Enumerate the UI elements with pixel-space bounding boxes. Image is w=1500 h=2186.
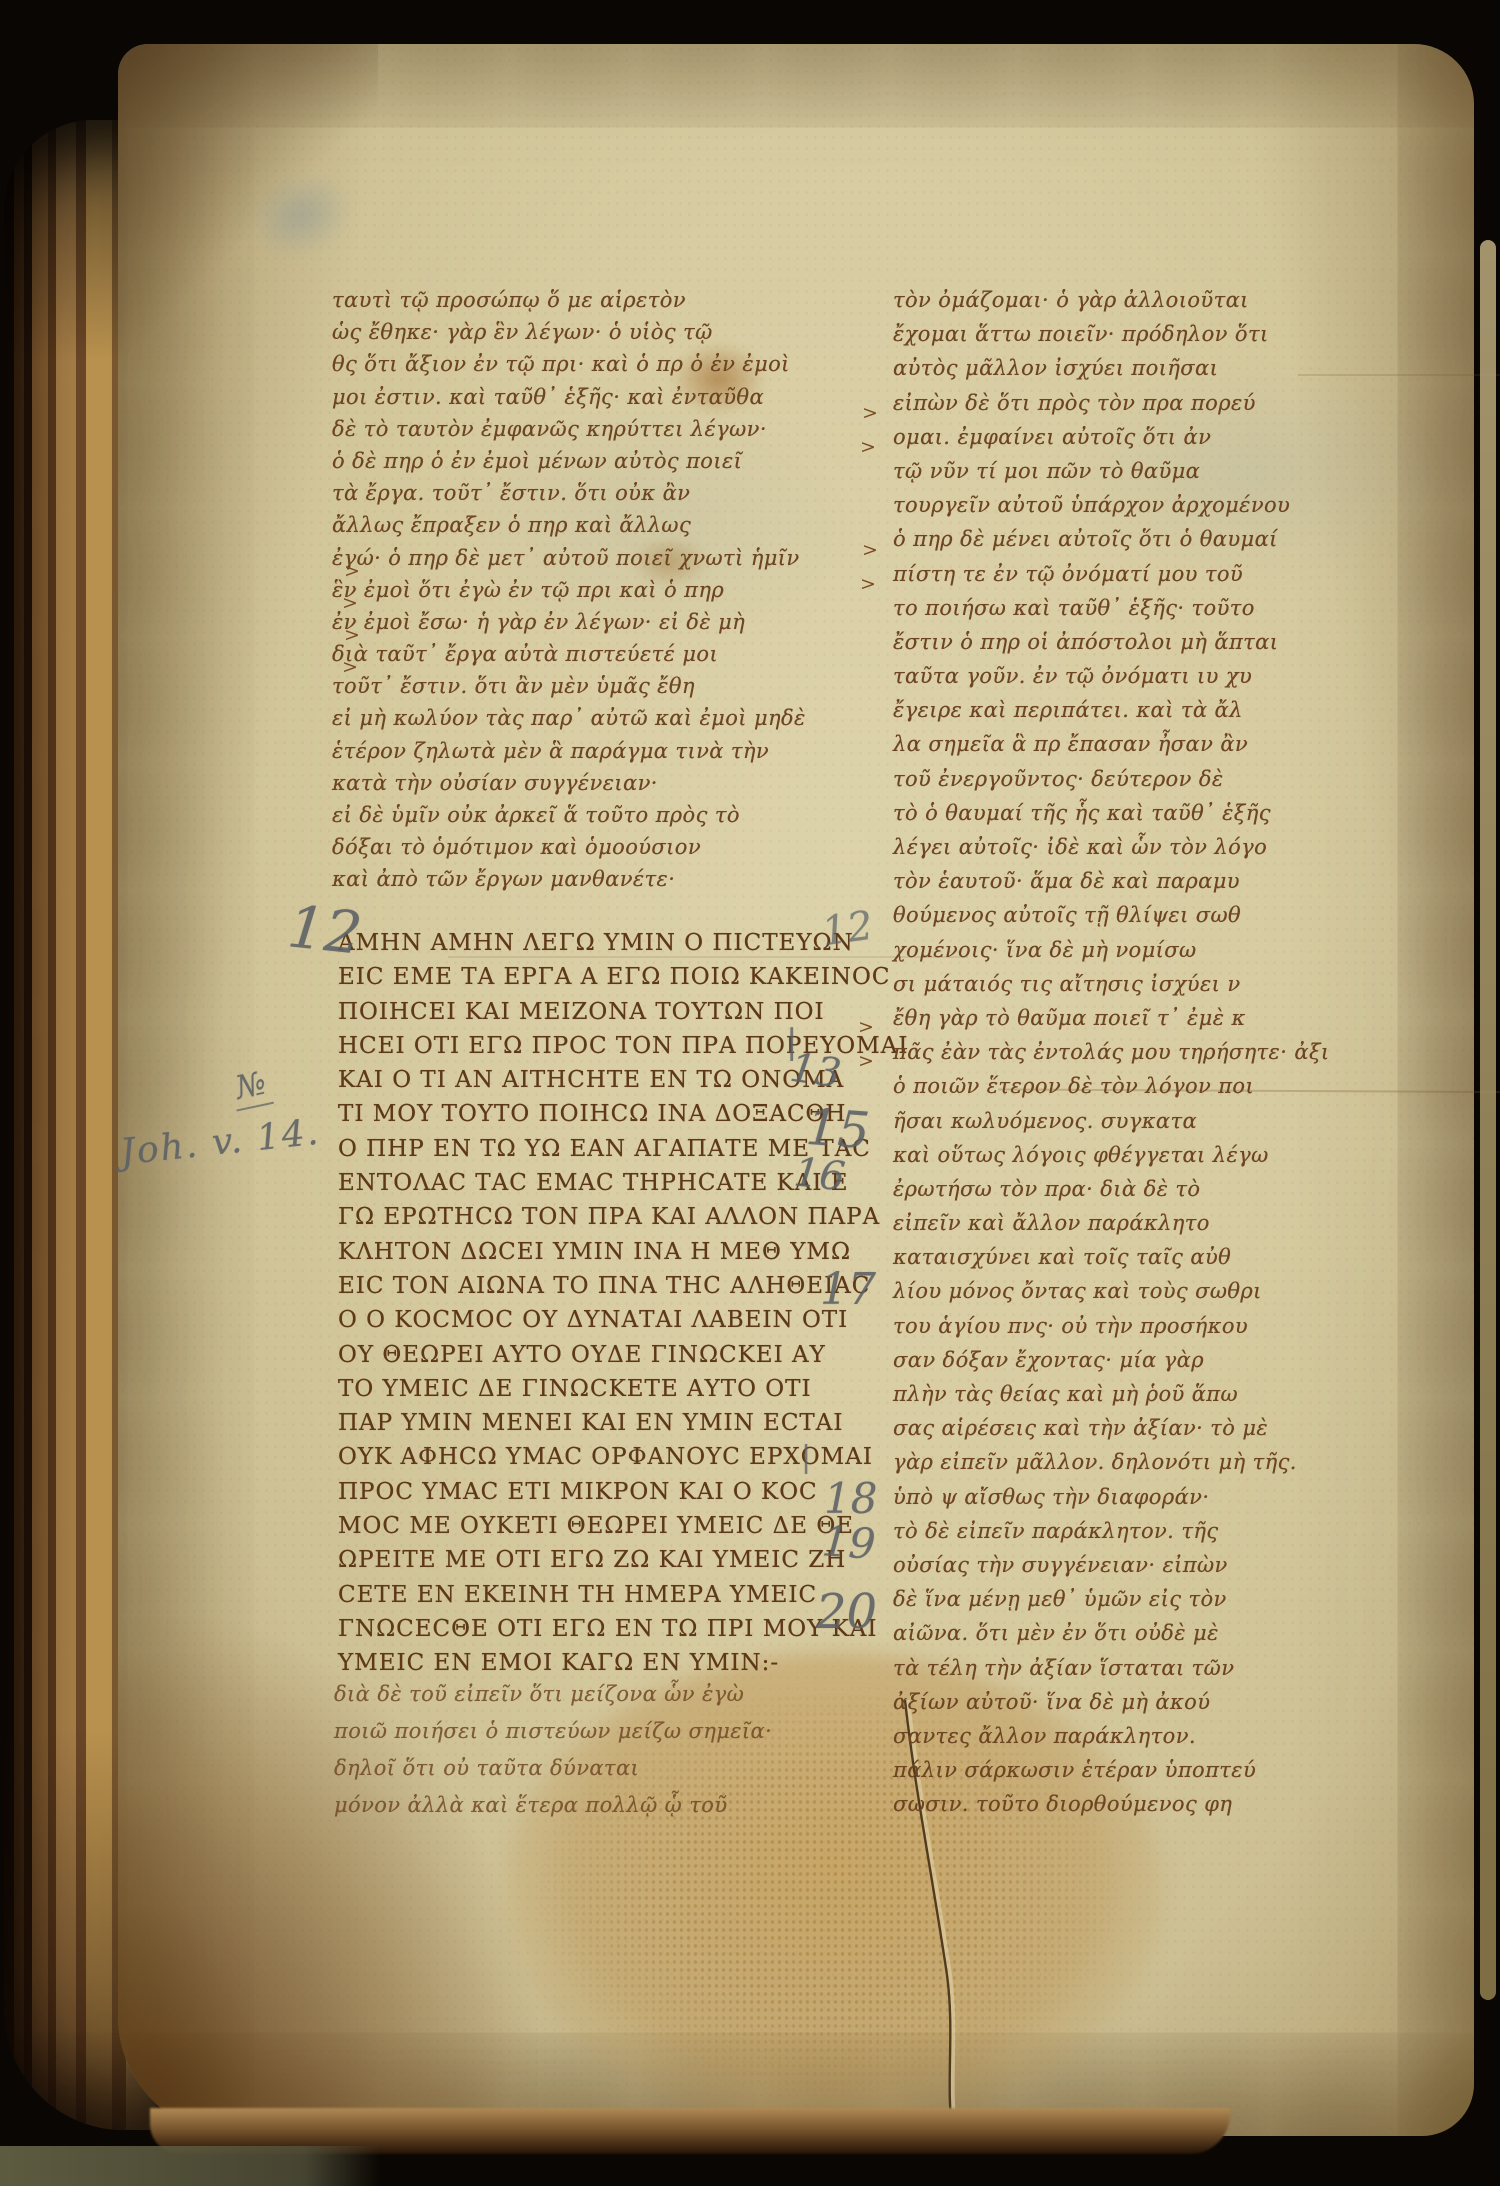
text-line: διὰ δὲ τοῦ εἰπεῖν ὅτι μείζονα ὧν ἐγὼ: [334, 1682, 849, 1719]
text-line: τὸν ὀμάζομαι· ὁ γὰρ ἀλλοιοῦται: [893, 288, 1398, 322]
text-line: ἔστιν ὁ πηρ οἱ ἀπόστολοι μὴ ἅπται: [893, 630, 1398, 664]
text-line: το ποιήσω καὶ ταῦθ᾽ ἑξῆς· τοῦτο: [893, 596, 1398, 630]
text-line: ΥΜΕΙC ΕΝ ΕΜΟΙ ΚΑΓΩ ΕΝ ΥΜΙΝ:-: [338, 1650, 843, 1684]
text-line: οὐσίας τὴν συγγένειαν· εἰπὼν: [893, 1553, 1398, 1587]
text-line: ὁ πηρ δὲ μένει αὐτοῖς ὅτι ὁ θαυμαί: [893, 527, 1398, 561]
right-column-commentary: τὸν ὀμάζομαι· ὁ γὰρ ἀλλοιοῦταιἔχομαι ἅττ…: [893, 288, 1398, 1826]
text-line: εἰπὼν δὲ ὅτι πρὸς τὸν πρα πορεύ: [893, 391, 1398, 425]
text-line: ΠΟΙΗCΕΙ ΚΑΙ ΜΕΙΖΟΝΑ ΤΟΥΤΩΝ ΠΟΙ: [338, 999, 843, 1033]
text-line: λίου μόνος ὄντας καὶ τοὺς σωθρι: [893, 1279, 1398, 1313]
text-line: ἑτέρον ζηλωτὰ μὲν ἃ παράγμα τινὰ τὴν: [332, 739, 842, 771]
text-line: ΚΛΗΤΟΝ ΔΩCΕΙ ΥΜΙΝ ΙΝΑ Η ΜΕΘ ΥΜΩ: [338, 1239, 843, 1273]
text-line: λα σημεῖα ἃ πρ ἔπασαν ἦσαν ἂν: [893, 732, 1398, 766]
text-line: Ο ΠΗΡ ΕΝ ΤΩ ΥΩ ΕΑΝ ΑΓΑΠΑΤΕ ΜΕ ΤΑC: [338, 1136, 843, 1170]
quotation-mark: >: [860, 573, 876, 595]
text-line: τὰ τέλη τὴν ἀξίαν ἵσταται τῶν: [893, 1656, 1398, 1690]
text-line: τὸ ὁ θαυμαί τῆς ἧς καὶ ταῦθ᾽ ἑξῆς: [893, 801, 1398, 835]
text-line: ταῦτα γοῦν. ἐν τῷ ὀνόματι ιυ χυ: [893, 664, 1398, 698]
text-line: ἄλλως ἔπραξεν ὁ πηρ καὶ ἄλλως: [332, 513, 842, 545]
text-line: λέγει αὐτοῖς· ἰδὲ καὶ ὧν τὸν λόγο: [893, 835, 1398, 869]
text-line: τὸν ἑαυτοῦ· ἅμα δὲ καὶ παραμυ: [893, 869, 1398, 903]
surface-below-book: [0, 2146, 380, 2186]
text-line: πάλιν σάρκωσιν ἑτέραν ὑποπτεύ: [893, 1758, 1398, 1792]
verse-number-19: 19: [820, 1516, 877, 1569]
text-line: δὲ ἵνα μένῃ μεθ᾽ ὑμῶν εἰς τὸν: [893, 1587, 1398, 1621]
text-line: αὐτὸς μᾶλλον ἰσχύει ποιῆσαι: [893, 356, 1398, 390]
quotation-mark: >: [858, 1016, 874, 1038]
text-line: αἰῶνα. ὅτι μὲν ἐν ὅτι οὐδὲ μὲ: [893, 1621, 1398, 1655]
verse-number-17: 17: [820, 1264, 876, 1315]
text-line: καὶ ἀπὸ τῶν ἔργων μανθανέτε·: [332, 867, 842, 899]
text-line: δὲ τὸ ταυτὸν ἐμφανῶς κηρύττει λέγων·: [332, 417, 842, 449]
text-line: ὑπὸ ψ αἴσθως τὴν διαφοράν·: [893, 1485, 1398, 1519]
text-line: ὁ ποιῶν ἕτερον δὲ τὸν λόγον ποι: [893, 1074, 1398, 1108]
text-line: ΟΥ ΘΕΩΡΕΙ ΑΥΤΟ ΟΥΔΕ ΓΙΝΩCΚΕΙ ΑΥ: [338, 1342, 843, 1376]
text-line: ΑΜΗΝ ΑΜΗΝ ΛΕΓΩ ΥΜΙΝ Ο ΠΙCΤΕΥΩΝ: [338, 930, 843, 964]
text-line: μόνον ἀλλὰ καὶ ἕτερα πολλῷ ᾧ τοῦ: [334, 1793, 849, 1830]
text-line: ΠΑΡ ΥΜΙΝ ΜΕΝΕΙ ΚΑΙ ΕΝ ΥΜΙΝ ΕCΤΑΙ: [338, 1410, 843, 1444]
text-line: σι μάταιός τις αἴτησις ἰσχύει ν: [893, 972, 1398, 1006]
verse-number-12-right: 12: [819, 903, 876, 956]
text-line: ΜΟC ΜΕ ΟΥΚΕΤΙ ΘΕΩΡΕΙ ΥΜΕΙC ΔΕ ΘΕ: [338, 1513, 843, 1547]
text-line: εἰ δὲ ὑμῖν οὐκ ἀρκεῖ ἅ τοῦτο πρὸς τὸ: [332, 803, 842, 835]
text-line: διὰ ταῦτ᾽ ἔργα αὐτὰ πιστεύετέ μοι: [332, 642, 842, 674]
text-line: ἀξίων αὐτοῦ· ἵνα δὲ μὴ ἀκού: [893, 1690, 1398, 1724]
text-line: ΤΙ ΜΟΥ ΤΟΥΤΟ ΠΟΙΗCΩ ΙΝΑ ΔΟΞΑCΘΗ: [338, 1101, 843, 1135]
text-line: εἰ μὴ κωλύον τὰς παρ᾽ αὐτῶ καὶ ἐμοὶ μηδὲ: [332, 706, 842, 738]
text-line: τὰ ἔργα. τοῦτ᾽ ἔστιν. ὅτι οὐκ ἂν: [332, 481, 842, 513]
text-line: καὶ οὕτως λόγοις φθέγγεται λέγω: [893, 1143, 1398, 1177]
left-column-gospel-uncial: ΑΜΗΝ ΑΜΗΝ ΛΕΓΩ ΥΜΙΝ Ο ΠΙCΤΕΥΩΝΕΙC ΕΜΕ ΤΑ…: [338, 930, 843, 1685]
text-line: ἔχομαι ἅττω ποιεῖν· πρόδηλον ὅτι: [893, 322, 1398, 356]
text-line: πᾶς ἐὰν τὰς ἐντολάς μου τηρήσητε· ἀξι: [893, 1040, 1398, 1074]
verse-number-20: 20: [816, 1584, 877, 1640]
text-line: θούμενος αὐτοῖς τῇ θλίψει σωθ: [893, 903, 1398, 937]
text-line: ποιῶ ποιήσει ὁ πιστεύων μείζω σημεῖα·: [334, 1719, 849, 1756]
text-line: τῷ νῦν τί μοι πῶν τὸ θαῦμα: [893, 459, 1398, 493]
adjacent-page-edge: [1480, 240, 1496, 2000]
text-line: ΤΟ ΥΜΕΙC ΔΕ ΓΙΝΩCΚΕΤΕ ΑΥΤΟ ΟΤΙ: [338, 1376, 843, 1410]
text-line: ΟΥΚ ΑΦΗCΩ ΥΜΑC ΟΡΦΑΝΟΥC ΕΡΧΟΜΑΙ: [338, 1444, 843, 1478]
text-line: κατὰ τὴν οὐσίαν συγγένειαν·: [332, 771, 842, 803]
manuscript-photo: ταυτὶ τῷ προσώπῳ ὅ με αἱρετὸνὡς ἔθηκε· γ…: [0, 0, 1500, 2186]
text-line: τοῦτ᾽ ἔστιν. ὅτι ἂν μὲν ὑμᾶς ἔθη: [332, 674, 842, 706]
text-line: ὡς ἔθηκε· γὰρ ἓν λέγων· ὁ υἱὸς τῷ: [332, 320, 842, 352]
verse-number-13: 13: [787, 1045, 844, 1098]
text-line: δόξαι τὸ ὁμότιμον καὶ ὁμοούσιον: [332, 835, 842, 867]
text-line: σωσιν. τοῦτο διορθούμενος φη: [893, 1792, 1398, 1826]
text-line: ἔγειρε καὶ περιπάτει. καὶ τὰ ἄλ: [893, 698, 1398, 732]
text-line: τουργεῖν αὐτοῦ ὑπάρχον ἀρχομένου: [893, 493, 1398, 527]
quotation-mark: >: [342, 656, 358, 678]
text-line: ἐρωτήσω τὸν πρα· διὰ δὲ τὸ: [893, 1177, 1398, 1211]
text-line: ΚΑΙ Ο ΤΙ ΑΝ ΑΙΤΗCΗΤΕ ΕΝ ΤΩ ΟΝΟΜΑ: [338, 1067, 843, 1101]
text-line: του ἁγίου πνς· οὐ τὴν προσήκου: [893, 1314, 1398, 1348]
text-line: ἐγώ· ὁ πηρ δὲ μετ᾽ αὐτοῦ ποιεῖ χνωτὶ ἡμῖ…: [332, 546, 842, 578]
text-line: θς ὅτι ἄξιον ἐν τῷ πρι· καὶ ὁ πρ ὁ ἐν ἐμ…: [332, 352, 842, 384]
quotation-mark: >: [862, 539, 878, 561]
verse-number-16: 16: [792, 1149, 847, 1200]
text-line: εἰπεῖν καὶ ἄλλον παράκλητο: [893, 1211, 1398, 1245]
text-line: σαντες ἄλλον παράκλητον.: [893, 1724, 1398, 1758]
quotation-mark: >: [860, 436, 876, 458]
text-line: χομένοις· ἵνα δὲ μὴ νομίσω: [893, 938, 1398, 972]
text-line: ΓΩ ΕΡΩΤΗCΩ ΤΟΝ ΠΡΑ ΚΑΙ ΑΛΛΟΝ ΠΑΡΑ: [338, 1204, 843, 1238]
text-line: γὰρ εἰπεῖν μᾶλλον. δηλονότι μὴ τῆς.: [893, 1450, 1398, 1484]
text-line: μοι ἐστιν. καὶ ταῦθ᾽ ἑξῆς· καὶ ἐνταῦθα: [332, 385, 842, 417]
text-line: σαν δόξαν ἔχοντας· μία γὰρ: [893, 1348, 1398, 1382]
text-line: δηλοῖ ὅτι οὐ ταῦτα δύναται: [334, 1756, 849, 1793]
text-line: ἔθη γὰρ τὸ θαῦμα ποιεῖ τ᾽ ἐμὲ κ: [893, 1006, 1398, 1040]
text-line: ΗCΕΙ ΟΤΙ ΕΓΩ ΠΡΟC ΤΟΝ ΠΡΑ ΠΟΡΕΥΟΜΑΙ: [338, 1033, 843, 1067]
text-line: καταισχύνει καὶ τοῖς ταῖς αὐθ: [893, 1245, 1398, 1279]
text-line: ΕΙC ΕΜΕ ΤΑ ΕΡΓΑ Α ΕΓΩ ΠΟΙΩ ΚΑΚΕΙΝΟC: [338, 964, 843, 998]
quotation-mark: >: [862, 402, 878, 424]
text-line: CΕΤΕ ΕΝ ΕΚΕΙΝΗ ΤΗ ΗΜΕΡΑ ΥΜΕΙC: [338, 1582, 843, 1616]
text-line: τοῦ ἐνεργοῦντος· δεύτερον δὲ: [893, 767, 1398, 801]
quotation-mark: >: [342, 592, 358, 614]
text-line: τὸ δὲ εἰπεῖν παράκλητον. τῆς: [893, 1519, 1398, 1553]
left-column-commentary-bottom: διὰ δὲ τοῦ εἰπεῖν ὅτι μείζονα ὧν ἐγὼποιῶ…: [334, 1682, 849, 1830]
left-column-commentary-top: ταυτὶ τῷ προσώπῳ ὅ με αἱρετὸνὡς ἔθηκε· γ…: [332, 288, 842, 900]
text-line: πίστη τε ἐν τῷ ὀνόματί μου τοῦ: [893, 562, 1398, 596]
verse-number-18: 18: [824, 1474, 877, 1523]
text-line: ΩΡΕΙΤΕ ΜΕ ΟΤΙ ΕΓΩ ΖΩ ΚΑΙ ΥΜΕΙC ΖΗ: [338, 1547, 843, 1581]
text-line: ὁ δὲ πηρ ὁ ἐν ἐμοὶ μένων αὐτὸς ποιεῖ: [332, 449, 842, 481]
text-line: ΕΝΤΟΛΑC ΤΑC ΕΜΑC ΤΗΡΗCΑΤΕ ΚΑΙ Ε: [338, 1170, 843, 1204]
text-line: ΕΙC ΤΟΝ ΑΙΩΝΑ ΤΟ ΠΝΑ ΤΗC ΑΛΗΘΕΙΑC: [338, 1273, 843, 1307]
text-line: ομαι. ἐμφαίνει αὐτοῖς ὅτι ἀν: [893, 425, 1398, 459]
verse-number-12-left: 12: [285, 892, 366, 967]
text-line: σας αἱρέσεις καὶ τὴν ἀξίαν· τὸ μὲ: [893, 1416, 1398, 1450]
text-line: ΠΡΟC ΥΜΑC ΕΤΙ ΜΙΚΡΟΝ ΚΑΙ Ο ΚΟC: [338, 1479, 843, 1513]
quotation-mark: >: [858, 1050, 874, 1072]
text-line: Ο Ο ΚΟCΜΟC ΟΥ ΔΥΝΑΤΑΙ ΛΑΒΕΙΝ ΟΤΙ: [338, 1307, 843, 1341]
text-line: ἐν ἐμοὶ ἔσω· ἡ γὰρ ἐν λέγων· εἰ δὲ μὴ: [332, 610, 842, 642]
pencil-stroke: |: [801, 1440, 811, 1475]
text-line: ΓΝΩCΕCΘΕ ΟΤΙ ΕΓΩ ΕΝ ΤΩ ΠΡΙ ΜΟΥ ΚΑΙ: [338, 1616, 843, 1650]
quotation-mark: >: [344, 624, 360, 646]
text-line: ῆσαι κωλυόμενος. συγκατα: [893, 1109, 1398, 1143]
text-line: πλὴν τὰς θείας καὶ μὴ ῥοῦ ἅπω: [893, 1382, 1398, 1416]
quotation-mark: >: [344, 560, 360, 582]
text-line: ἓν ἐμοὶ ὅτι ἐγὼ ἐν τῷ πρι καὶ ὁ πηρ: [332, 578, 842, 610]
text-line: ταυτὶ τῷ προσώπῳ ὅ με αἱρετὸν: [332, 288, 842, 320]
